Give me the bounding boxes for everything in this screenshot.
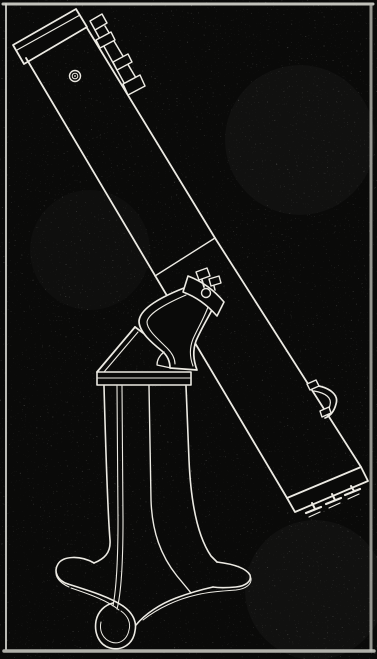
paper-mottle-2 [30, 190, 150, 310]
telescope-figure-svg [0, 0, 377, 659]
engraving-plate [0, 0, 377, 659]
side-boss-dot [74, 75, 76, 77]
paper-mottle-1 [225, 65, 375, 215]
collar-screw-2-stem [214, 286, 215, 290]
